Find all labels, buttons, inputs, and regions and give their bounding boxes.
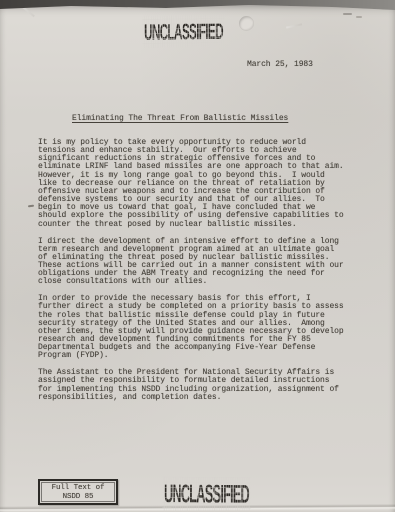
stray-ink-mark bbox=[356, 16, 362, 18]
nsdd-footer-box: Full Text of NSDD 85 bbox=[38, 479, 118, 505]
paragraph-4: The Assistant to the President for Natio… bbox=[38, 369, 372, 402]
unclassified-stamp-top: UNCLASSIFIED bbox=[144, 18, 223, 45]
scanned-document-screenshot: UNCLASSIFIED March 25, 1983 Eliminating … bbox=[0, 0, 395, 512]
unclassified-stamp-bottom-text: UNCLASSIFIED bbox=[164, 480, 249, 509]
document-body: It is my policy to take every opportunit… bbox=[38, 139, 372, 411]
paragraph-1: It is my policy to take every opportunit… bbox=[38, 139, 372, 229]
document-date: March 25, 1983 bbox=[247, 60, 313, 69]
nsdd-box-line1: Full Text of bbox=[40, 484, 116, 493]
paper-sheet: UNCLASSIFIED March 25, 1983 Eliminating … bbox=[0, 5, 395, 512]
paragraph-3: In order to provide the necessary basis … bbox=[38, 295, 372, 360]
unclassified-stamp-bottom: UNCLASSIFIED bbox=[164, 480, 249, 509]
stray-ink-mark bbox=[343, 13, 352, 15]
nsdd-box-line2: NSDD 85 bbox=[40, 493, 116, 502]
document-title: Eliminating The Threat From Ballistic Mi… bbox=[72, 114, 288, 123]
stray-ink-mark bbox=[28, 205, 34, 208]
paper-wrinkle bbox=[286, 23, 302, 28]
unclassified-stamp-top-text: UNCLASSIFIED bbox=[144, 18, 223, 45]
paragraph-2: I direct the development of an intensive… bbox=[38, 238, 372, 287]
punch-hole bbox=[239, 16, 254, 31]
paper-wrinkle bbox=[23, 7, 35, 17]
